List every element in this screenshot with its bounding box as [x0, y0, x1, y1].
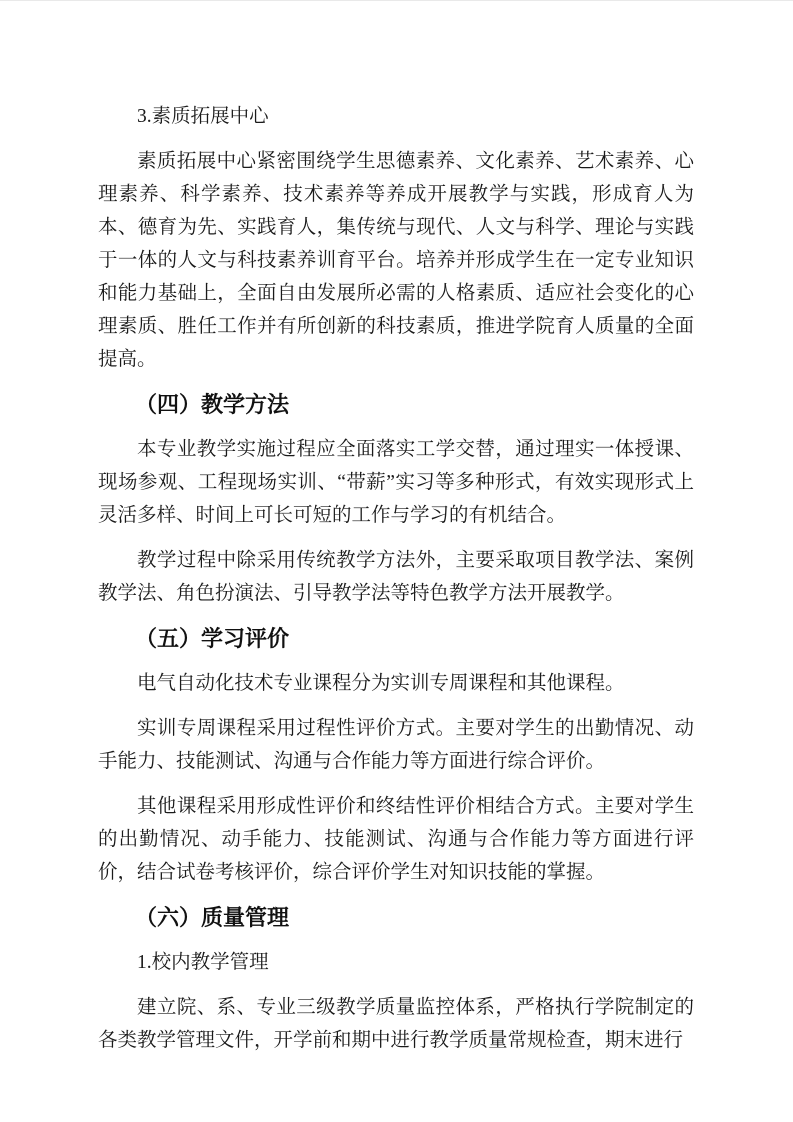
paragraph-teaching-method-types: 教学过程中除采用传统教学方法外，主要采取项目教学法、案例教学法、角色扮演法、引导… [98, 544, 694, 610]
paragraph-practical-course-evaluation: 实训专周课程采用过程性评价方式。主要对学生的出勤情况、动手能力、技能测试、沟通与… [98, 712, 694, 778]
section-heading-quality-management: （六）质量管理 [98, 901, 694, 934]
paragraph-course-categories: 电气自动化技术专业课程分为实训专周课程和其他课程。 [98, 667, 694, 700]
paragraph-other-course-evaluation: 其他课程采用形成性评价和终结性评价相结合方式。主要对学生的出勤情况、动手能力、技… [98, 790, 694, 889]
document-page: 3.素质拓展中心 素质拓展中心紧密围绕学生思德素养、文化素养、艺术素养、心理素养… [0, 0, 793, 1122]
section-heading-learning-evaluation: （五）学习评价 [98, 622, 694, 655]
paragraph-skill-center-description: 素质拓展中心紧密围绕学生思德素养、文化素养、艺术素养、心理素养、科学素养、技术素… [98, 145, 694, 376]
paragraph-quality-monitoring-system: 建立院、系、专业三级教学质量监控体系，严格执行学院制定的各类教学管理文件，开学前… [98, 991, 694, 1057]
numbered-subheading-campus-teaching-management: 1.校内教学管理 [98, 946, 694, 979]
section-heading-teaching-methods: （四）教学方法 [98, 388, 694, 421]
numbered-subheading-skill-center: 3.素质拓展中心 [98, 100, 694, 133]
paragraph-teaching-implementation: 本专业教学实施过程应全面落实工学交替，通过理实一体授课、现场参观、工程现场实训、… [98, 433, 694, 532]
